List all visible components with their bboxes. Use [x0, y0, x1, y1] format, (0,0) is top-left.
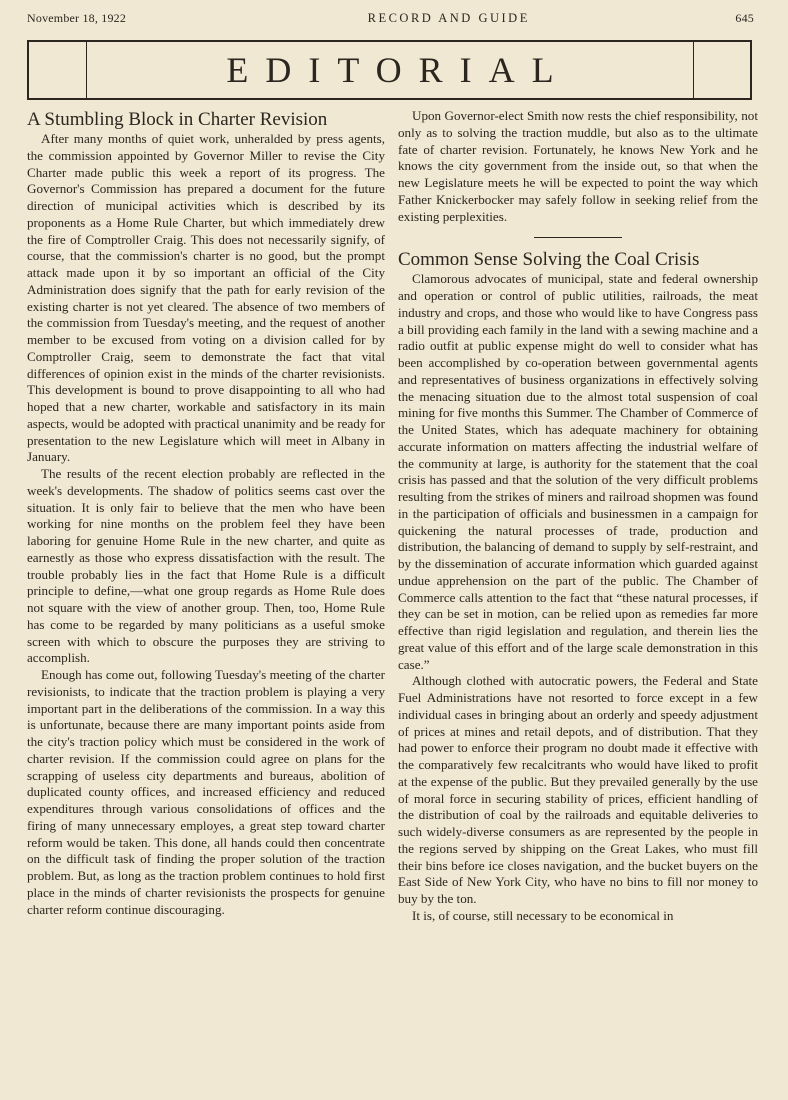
article-paragraph: After many months of quiet work, unheral… [27, 131, 385, 466]
section-divider [534, 237, 622, 238]
left-column: A Stumbling Block in Charter Revision Af… [27, 108, 385, 918]
article-paragraph: Upon Governor-elect Smith now rests the … [398, 108, 758, 225]
masthead-left-panel [29, 42, 87, 98]
masthead-right-panel [693, 42, 750, 98]
article-headline: Common Sense Solving the Coal Crisis [398, 250, 758, 270]
section-title: EDITORIAL [87, 42, 693, 98]
running-head: November 18, 1922 RECORD AND GUIDE 645 [27, 8, 754, 28]
page-number: 645 [735, 11, 754, 26]
editorial-masthead: EDITORIAL [27, 40, 752, 100]
article-headline: A Stumbling Block in Charter Revision [27, 110, 385, 130]
article-paragraph: Clamorous advocates of municipal, state … [398, 271, 758, 673]
article-paragraph: It is, of course, still necessary to be … [398, 908, 758, 925]
issue-date: November 18, 1922 [27, 11, 126, 26]
publication-name: RECORD AND GUIDE [368, 11, 530, 26]
article-paragraph: Enough has come out, following Tuesday's… [27, 667, 385, 918]
right-column: Upon Governor-elect Smith now rests the … [398, 108, 758, 925]
article-paragraph: The results of the recent election proba… [27, 466, 385, 667]
article-paragraph: Although clothed with autocratic powers,… [398, 673, 758, 908]
